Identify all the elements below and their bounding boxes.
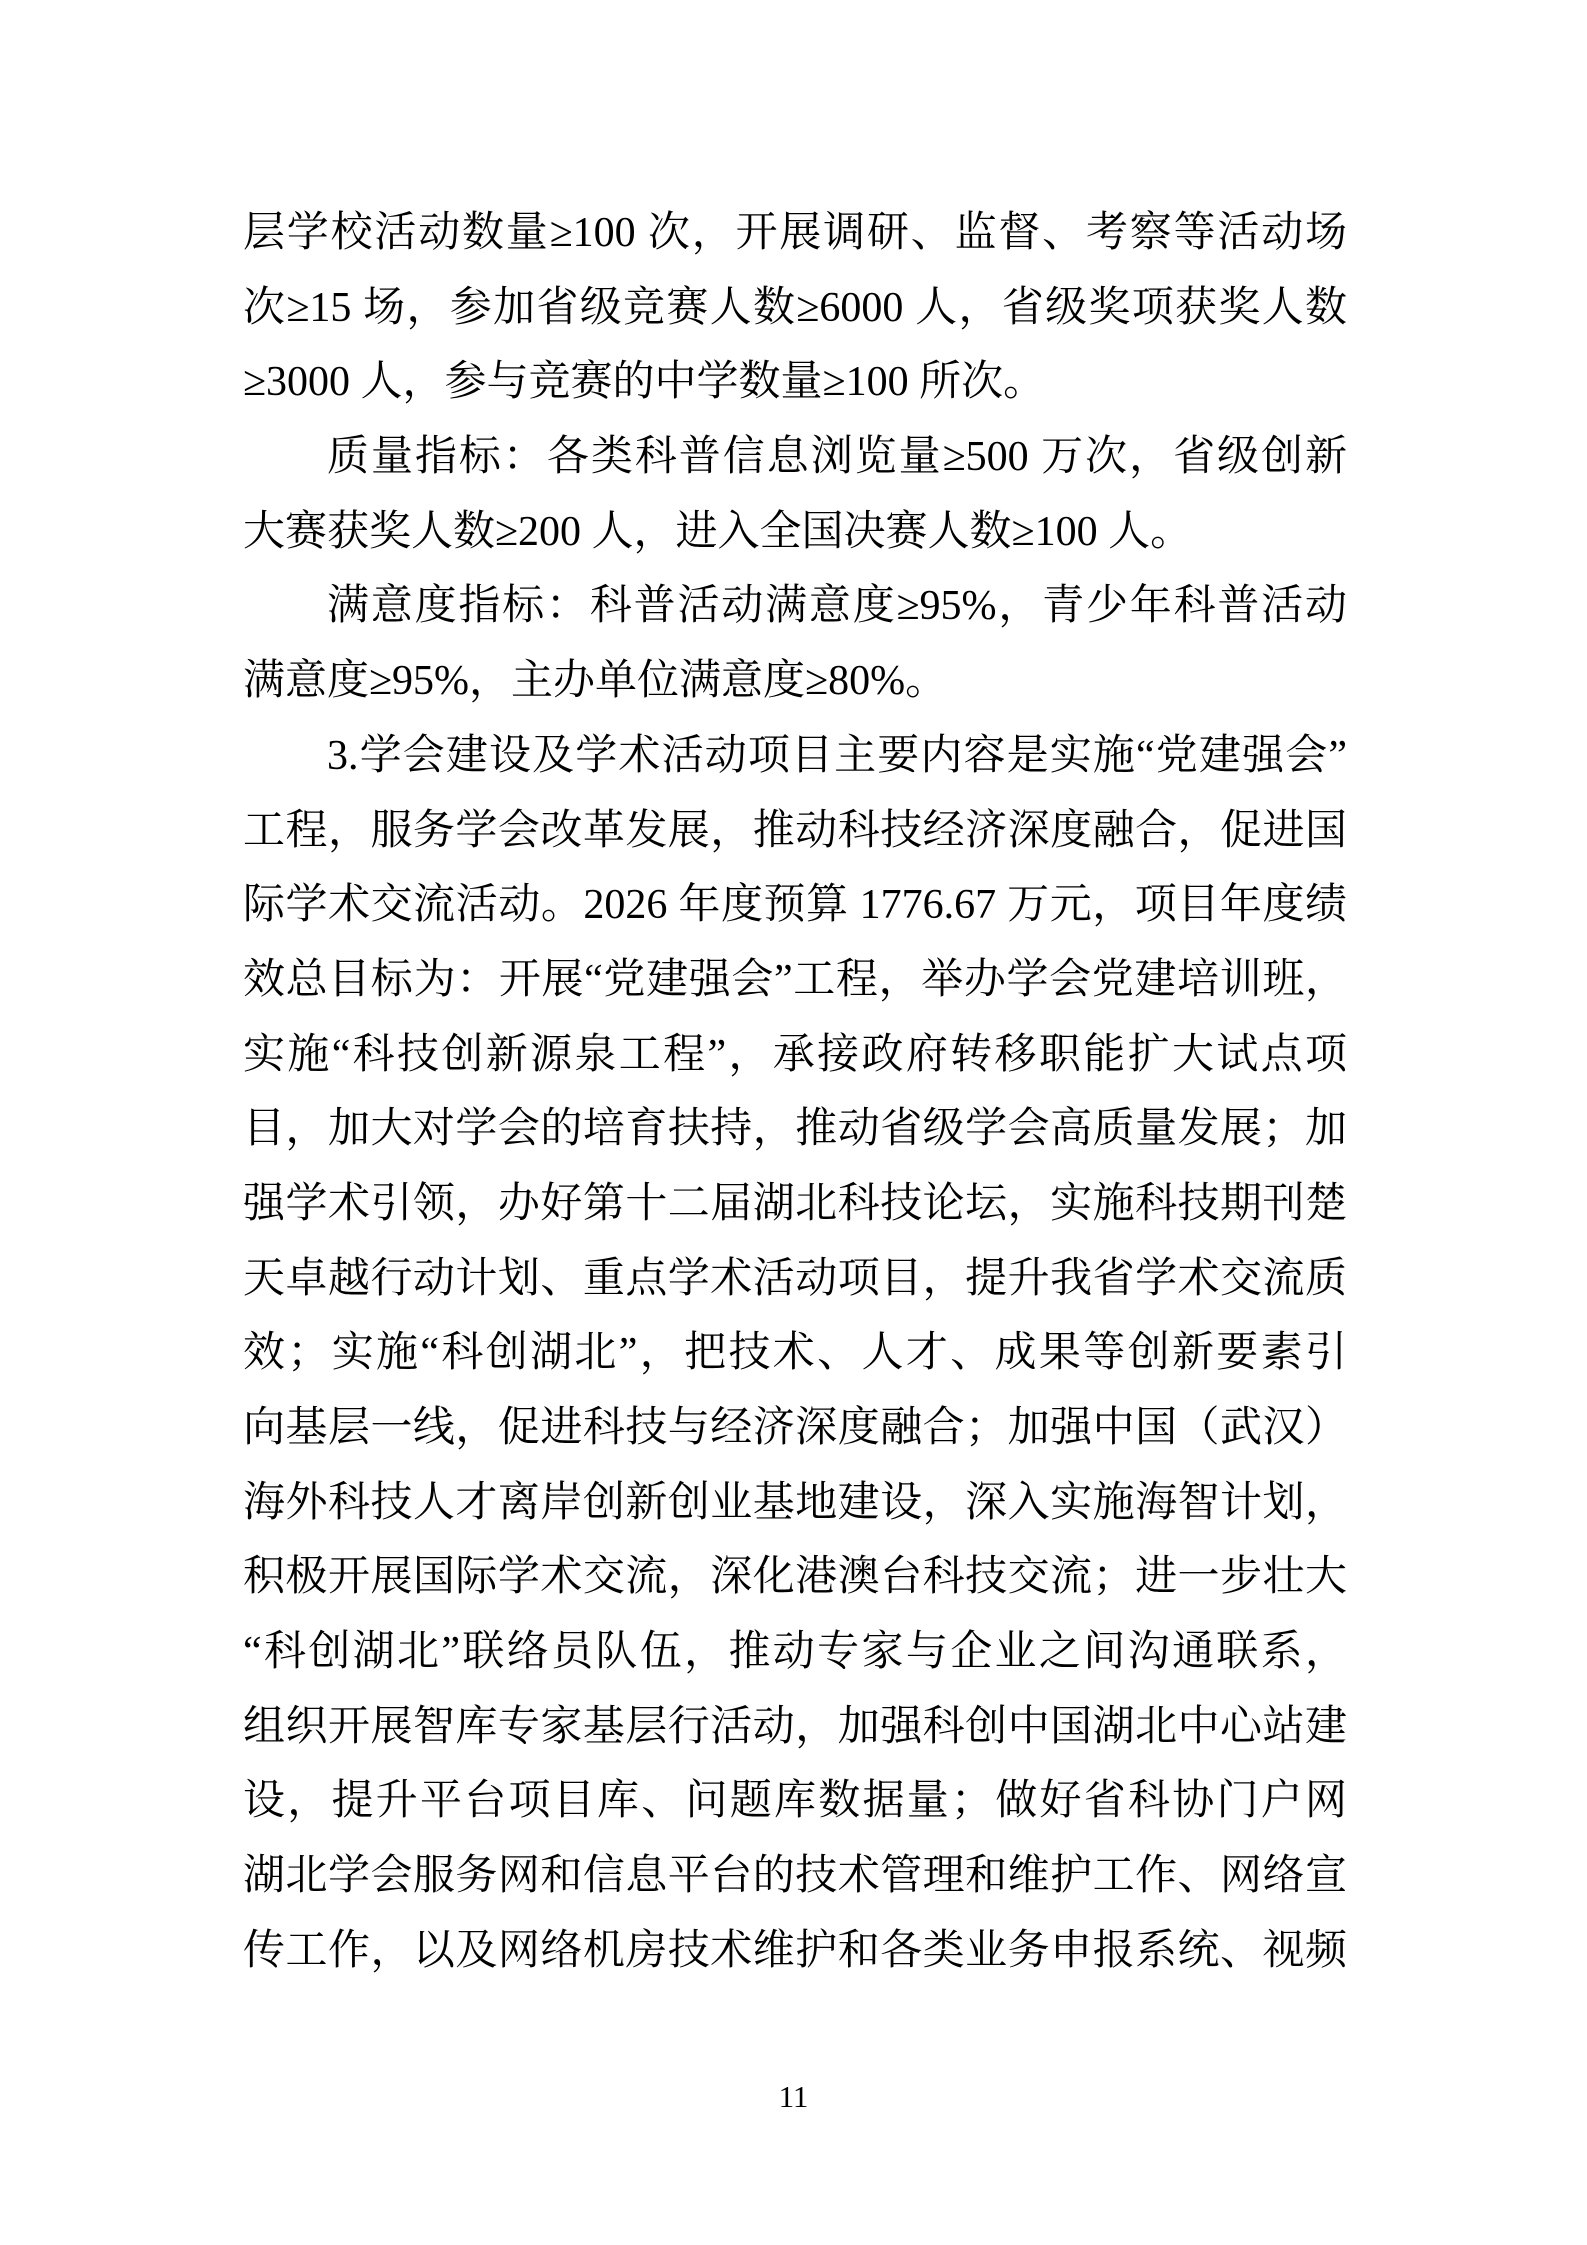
body-line: 设，提升平台项目库、问题库数据量；做好省科协门户网站、: [243, 1764, 1347, 1839]
body-line: 大赛获奖人数≥200 人，进入全国决赛人数≥100 人。: [243, 495, 1347, 570]
body-line: “科创湖北”联络员队伍，推动专家与企业之间沟通联系，: [243, 1615, 1347, 1690]
body-line: 满意度指标：科普活动满意度≥95%，青少年科普活动: [243, 569, 1347, 644]
body-line: 海外科技人才离岸创新创业基地建设，深入实施海智计划，: [243, 1466, 1347, 1541]
body-line: ≥3000 人，参与竞赛的中学数量≥100 所次。: [243, 345, 1347, 420]
body-line: 次≥15 场，参加省级竞赛人数≥6000 人，省级奖项获奖人数: [243, 271, 1347, 346]
body-line: 效；实施“科创湖北”，把技术、人才、成果等创新要素引: [243, 1316, 1347, 1391]
page-number: 11: [0, 2080, 1587, 2114]
body-line: 质量指标：各类科普信息浏览量≥500 万次，省级创新: [243, 420, 1347, 495]
body-line: 际学术交流活动。2026 年度预算 1776.67 万元，项目年度绩: [243, 868, 1347, 943]
document-page: { "document": { "lines": [ {"text": "层学校…: [0, 0, 1587, 2245]
body-line: 层学校活动数量≥100 次，开展调研、监督、考察等活动场: [243, 196, 1347, 271]
body-line: 效总目标为：开展“党建强会”工程，举办学会党建培训班，: [243, 943, 1347, 1018]
body-line: 积极开展国际学术交流，深化港澳台科技交流；进一步壮大: [243, 1540, 1347, 1615]
body-line: 目，加大对学会的培育扶持，推动省级学会高质量发展；加: [243, 1092, 1347, 1167]
body-line: 满意度≥95%，主办单位满意度≥80%。: [243, 644, 1347, 719]
body-line: 强学术引领，办好第十二届湖北科技论坛，实施科技期刊楚: [243, 1167, 1347, 1242]
body-line: 传工作，以及网络机房技术维护和各类业务申报系统、视频: [243, 1914, 1347, 1989]
page-body-text: 层学校活动数量≥100 次，开展调研、监督、考察等活动场 次≥15 场，参加省级…: [243, 196, 1347, 1989]
body-line: 湖北学会服务网和信息平台的技术管理和维护工作、网络宣: [243, 1839, 1347, 1914]
body-line: 组织开展智库专家基层行活动，加强科创中国湖北中心站建: [243, 1690, 1347, 1765]
body-line: 3.学会建设及学术活动项目主要内容是实施“党建强会”: [243, 719, 1347, 794]
body-line: 工程，服务学会改革发展，推动科技经济深度融合，促进国: [243, 794, 1347, 869]
body-line: 向基层一线，促进科技与经济深度融合；加强中国（武汉）: [243, 1391, 1347, 1466]
body-line: 实施“科技创新源泉工程”，承接政府转移职能扩大试点项: [243, 1018, 1347, 1093]
body-line: 天卓越行动计划、重点学术活动项目，提升我省学术交流质: [243, 1242, 1347, 1317]
